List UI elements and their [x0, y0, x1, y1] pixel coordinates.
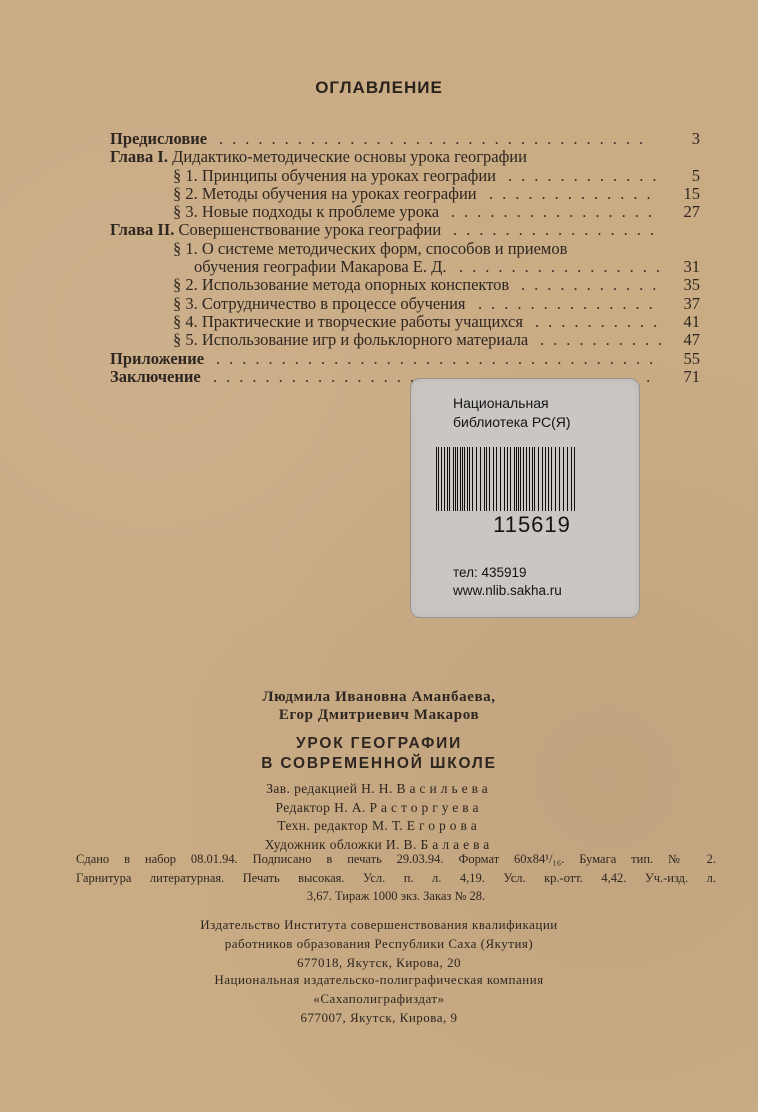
author-2: Егор Дмитриевич Макаров	[0, 706, 758, 724]
book-title: УРОК ГЕОГРАФИИ В СОВРЕМЕННОЙ ШКОЛЕ	[0, 734, 758, 774]
library-name-line2: библиотека РС(Я)	[453, 413, 571, 432]
toc-entry-label: Заключение	[110, 368, 201, 386]
toc-entry-label: § 1. О системе методических форм, способ…	[173, 240, 567, 258]
library-phone: тел: 435919	[453, 564, 562, 582]
toc-entry-label: § 4. Практические и творческие работы уч…	[173, 313, 523, 331]
toc-entry: Предисловие3............................…	[110, 130, 700, 148]
toc-entry-page: 71	[684, 368, 701, 386]
toc-entry-page: 27	[684, 203, 701, 221]
print-details-line3: 3,67. Тираж 1000 экз. Заказ № 28.	[76, 887, 716, 906]
print-details-line1: Сдано в набор 08.01.94. Подписано в печа…	[76, 850, 716, 869]
toc-entry: § 1. О системе методических форм, способ…	[110, 240, 700, 258]
toc-entry: § 1. Принципы обучения на уроках географ…	[110, 167, 700, 185]
toc-entry-label: § 3. Новые подходы к проблеме урока	[173, 203, 439, 221]
toc-entry-label: Глава II. Совершенствование урока геогра…	[110, 221, 441, 239]
book-title-line1: УРОК ГЕОГРАФИИ	[0, 734, 758, 754]
credit-line: Зав. редакцией Н. Н. Васильева	[0, 780, 758, 799]
author-1: Людмила Ивановна Аманбаева,	[0, 688, 758, 706]
toc-entry: Глава II. Совершенствование урока геогра…	[110, 221, 700, 239]
printer: Национальная издательско-полиграфическая…	[0, 970, 758, 1027]
toc-entry: § 2. Методы обучения на уроках географии…	[110, 185, 700, 203]
toc-entry-page: 3	[692, 130, 700, 148]
toc-entry: § 4. Практические и творческие работы уч…	[110, 313, 700, 331]
print-details-line2: Гарнитура литературная. Печать высокая. …	[76, 869, 716, 888]
toc-entry: § 3. Новые подходы к проблеме урока27...…	[110, 203, 700, 221]
credit-line: Техн. редактор М. Т. Егорова	[0, 817, 758, 836]
toc-leader-dots: ..........	[540, 331, 671, 349]
publisher-line1: Издательство Института совершенствования…	[0, 915, 758, 934]
toc-entry-page: 5	[692, 167, 700, 185]
library-name-line1: Национальная	[453, 394, 571, 413]
toc-entry-page: 47	[684, 331, 701, 349]
toc-entry-page: 41	[684, 313, 701, 331]
print-details: Сдано в набор 08.01.94. Подписано в печа…	[76, 850, 716, 906]
toc-entry: Приложение55............................…	[110, 350, 700, 368]
toc-entry-page: 15	[684, 185, 701, 203]
toc-leader-dots: ................	[459, 258, 669, 276]
inventory-number: 115619	[411, 512, 653, 538]
library-website: www.nlib.sakha.ru	[453, 582, 562, 600]
toc-entry-label: обучения географии Макарова Е. Д.	[194, 258, 447, 276]
library-contacts: тел: 435919 www.nlib.sakha.ru	[453, 564, 562, 600]
toc-entry-label: § 2. Использование метода опорных конспе…	[173, 276, 509, 294]
printer-address: 677007, Якутск, Кирова, 9	[0, 1008, 758, 1027]
toc-entry: § 3. Сотрудничество в процессе обучения3…	[110, 295, 700, 313]
publisher: Издательство Института совершенствования…	[0, 915, 758, 972]
toc-entry-label: Предисловие	[110, 130, 207, 148]
toc-title: ОГЛАВЛЕНИЕ	[0, 78, 758, 98]
toc-entry-label: § 5. Использование игр и фольклорного ма…	[173, 331, 528, 349]
toc-leader-dots: .................................	[219, 130, 652, 148]
barcode-icon	[436, 447, 628, 511]
printer-line2: «Сахаполиграфиздат»	[0, 989, 758, 1008]
toc-leader-dots: ..............	[478, 295, 662, 313]
library-stamp: Национальная библиотека РС(Я) 115619 тел…	[410, 378, 640, 618]
toc-leader-dots: ................	[453, 221, 663, 239]
toc-entry-page: 31	[684, 258, 701, 276]
table-of-contents: Предисловие3............................…	[110, 130, 700, 386]
toc-entry-page: 35	[684, 276, 701, 294]
toc-leader-dots: .............	[489, 185, 660, 203]
toc-leader-dots: ..................................	[216, 350, 662, 368]
toc-entry: § 5. Использование игр и фольклорного ма…	[110, 331, 700, 349]
publisher-line2: работников образования Республики Саха (…	[0, 934, 758, 953]
authors: Людмила Ивановна Аманбаева, Егор Дмитрие…	[0, 688, 758, 724]
toc-leader-dots: ..........	[535, 313, 666, 331]
library-name: Национальная библиотека РС(Я)	[453, 394, 571, 432]
toc-entry: § 2. Использование метода опорных конспе…	[110, 276, 700, 294]
toc-entry-label: Глава I. Дидактико-методические основы у…	[110, 148, 527, 166]
printer-line1: Национальная издательско-полиграфическая…	[0, 970, 758, 989]
toc-leader-dots: ............	[508, 167, 666, 185]
toc-leader-dots: ................	[451, 203, 661, 221]
toc-entry-page: 55	[684, 350, 701, 368]
credit-line: Редактор Н. А. Расторгуева	[0, 799, 758, 818]
toc-entry-label: Приложение	[110, 350, 204, 368]
book-title-line2: В СОВРЕМЕННОЙ ШКОЛЕ	[0, 754, 758, 774]
toc-entry: обучения географии Макарова Е. Д.31.....…	[110, 258, 700, 276]
toc-entry-label: § 2. Методы обучения на уроках географии	[173, 185, 477, 203]
toc-leader-dots: ...........	[521, 276, 665, 294]
toc-entry-label: § 3. Сотрудничество в процессе обучения	[173, 295, 466, 313]
toc-entry: Глава I. Дидактико-методические основы у…	[110, 148, 700, 166]
toc-entry-page: 37	[684, 295, 701, 313]
toc-entry-label: § 1. Принципы обучения на уроках географ…	[173, 167, 496, 185]
credits: Зав. редакцией Н. Н. ВасильеваРедактор Н…	[0, 780, 758, 854]
